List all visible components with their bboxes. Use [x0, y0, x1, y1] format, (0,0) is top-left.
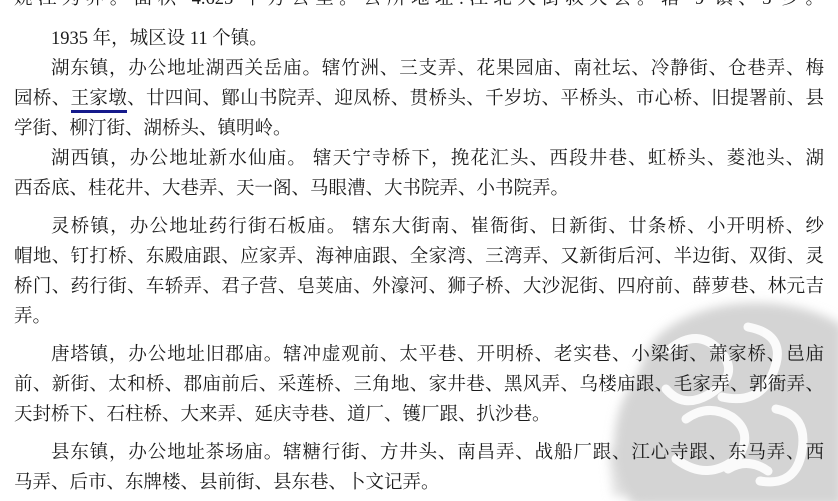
text-line: 马弄、后市、东牌楼、县前街、县东巷、卜文记弄。 — [14, 468, 824, 498]
scanned-book-page: 姚江为界。面积 4.625 平方公里。公所地址:江北大街救火会。辖 9 镇、3 … — [0, 0, 838, 501]
text-line: 湖东镇，办公地址湖西关岳庙。辖竹洲、三支弄、花果园庙、南社坛、冷静街、仓巷弄、梅 — [14, 54, 824, 84]
text-line-intro: 1935 年，城区设 11 个镇。 — [14, 24, 824, 54]
text-line: 西岙底、桂花井、大巷弄、天一阁、马眼漕、大书院弄、小书院弄。 — [14, 174, 824, 204]
text-line: 园桥、王家墩、廿四间、鄮山书院弄、迎凤桥、贯桥头、千岁坊、平桥头、市心桥、旧提署… — [14, 84, 824, 114]
document-body: 姚江为界。面积 4.625 平方公里。公所地址:江北大街救火会。辖 9 镇、3 … — [0, 0, 838, 498]
underlined-term: 王家墩 — [71, 89, 128, 113]
text-line: 桥门、药行街、车轿弄、君子营、皂荚庙、外濠河、狮子桥、大沙泥街、四府前、薛萝巷、… — [14, 272, 824, 302]
text-line: 天封桥下、石柱桥、大来弄、延庆寺巷、道厂、镬厂跟、扒沙巷。 — [14, 400, 824, 430]
top-partial-line: 姚江为界。面积 4.625 平方公里。公所地址:江北大街救火会。辖 9 镇、3 … — [14, 0, 824, 14]
text-line: 弄。 — [14, 302, 824, 332]
text-line: 灵桥镇，办公地址药行街石板庙。 辖东大街南、崔衙街、日新街、廿条桥、小开明桥、纱 — [14, 212, 824, 242]
text-line: 前、新街、太和桥、郡庙前后、采莲桥、三角地、家井巷、黑风弄、乌楼庙跟、毛家弄、郭… — [14, 370, 824, 400]
text-line: 姚江为界。面积 4.625 平方公里。公所地址:江北大街救火会。辖 9 镇、3 … — [14, 0, 824, 14]
text-line: 唐塔镇，办公地址旧郡庙。辖冲虚观前、太平巷、开明桥、老实巷、小梁街、萧家桥、邑庙 — [14, 340, 824, 370]
text-line: 帽地、钉打桥、东殿庙跟、应家弄、海神庙跟、全家湾、三湾弄、又新街后河、半边街、双… — [14, 242, 824, 272]
text-line: 学街、柳汀街、湖桥头、镇明岭。 — [14, 114, 824, 144]
text-line: 县东镇，办公地址茶场庙。辖糖行街、方井头、南昌弄、战船厂跟、江心寺跟、东马弄、西 — [14, 438, 824, 468]
text-line: 湖西镇，办公地址新水仙庙。 辖天宁寺桥下，挽花汇头、西段井巷、虹桥头、菱池头、湖 — [14, 144, 824, 174]
